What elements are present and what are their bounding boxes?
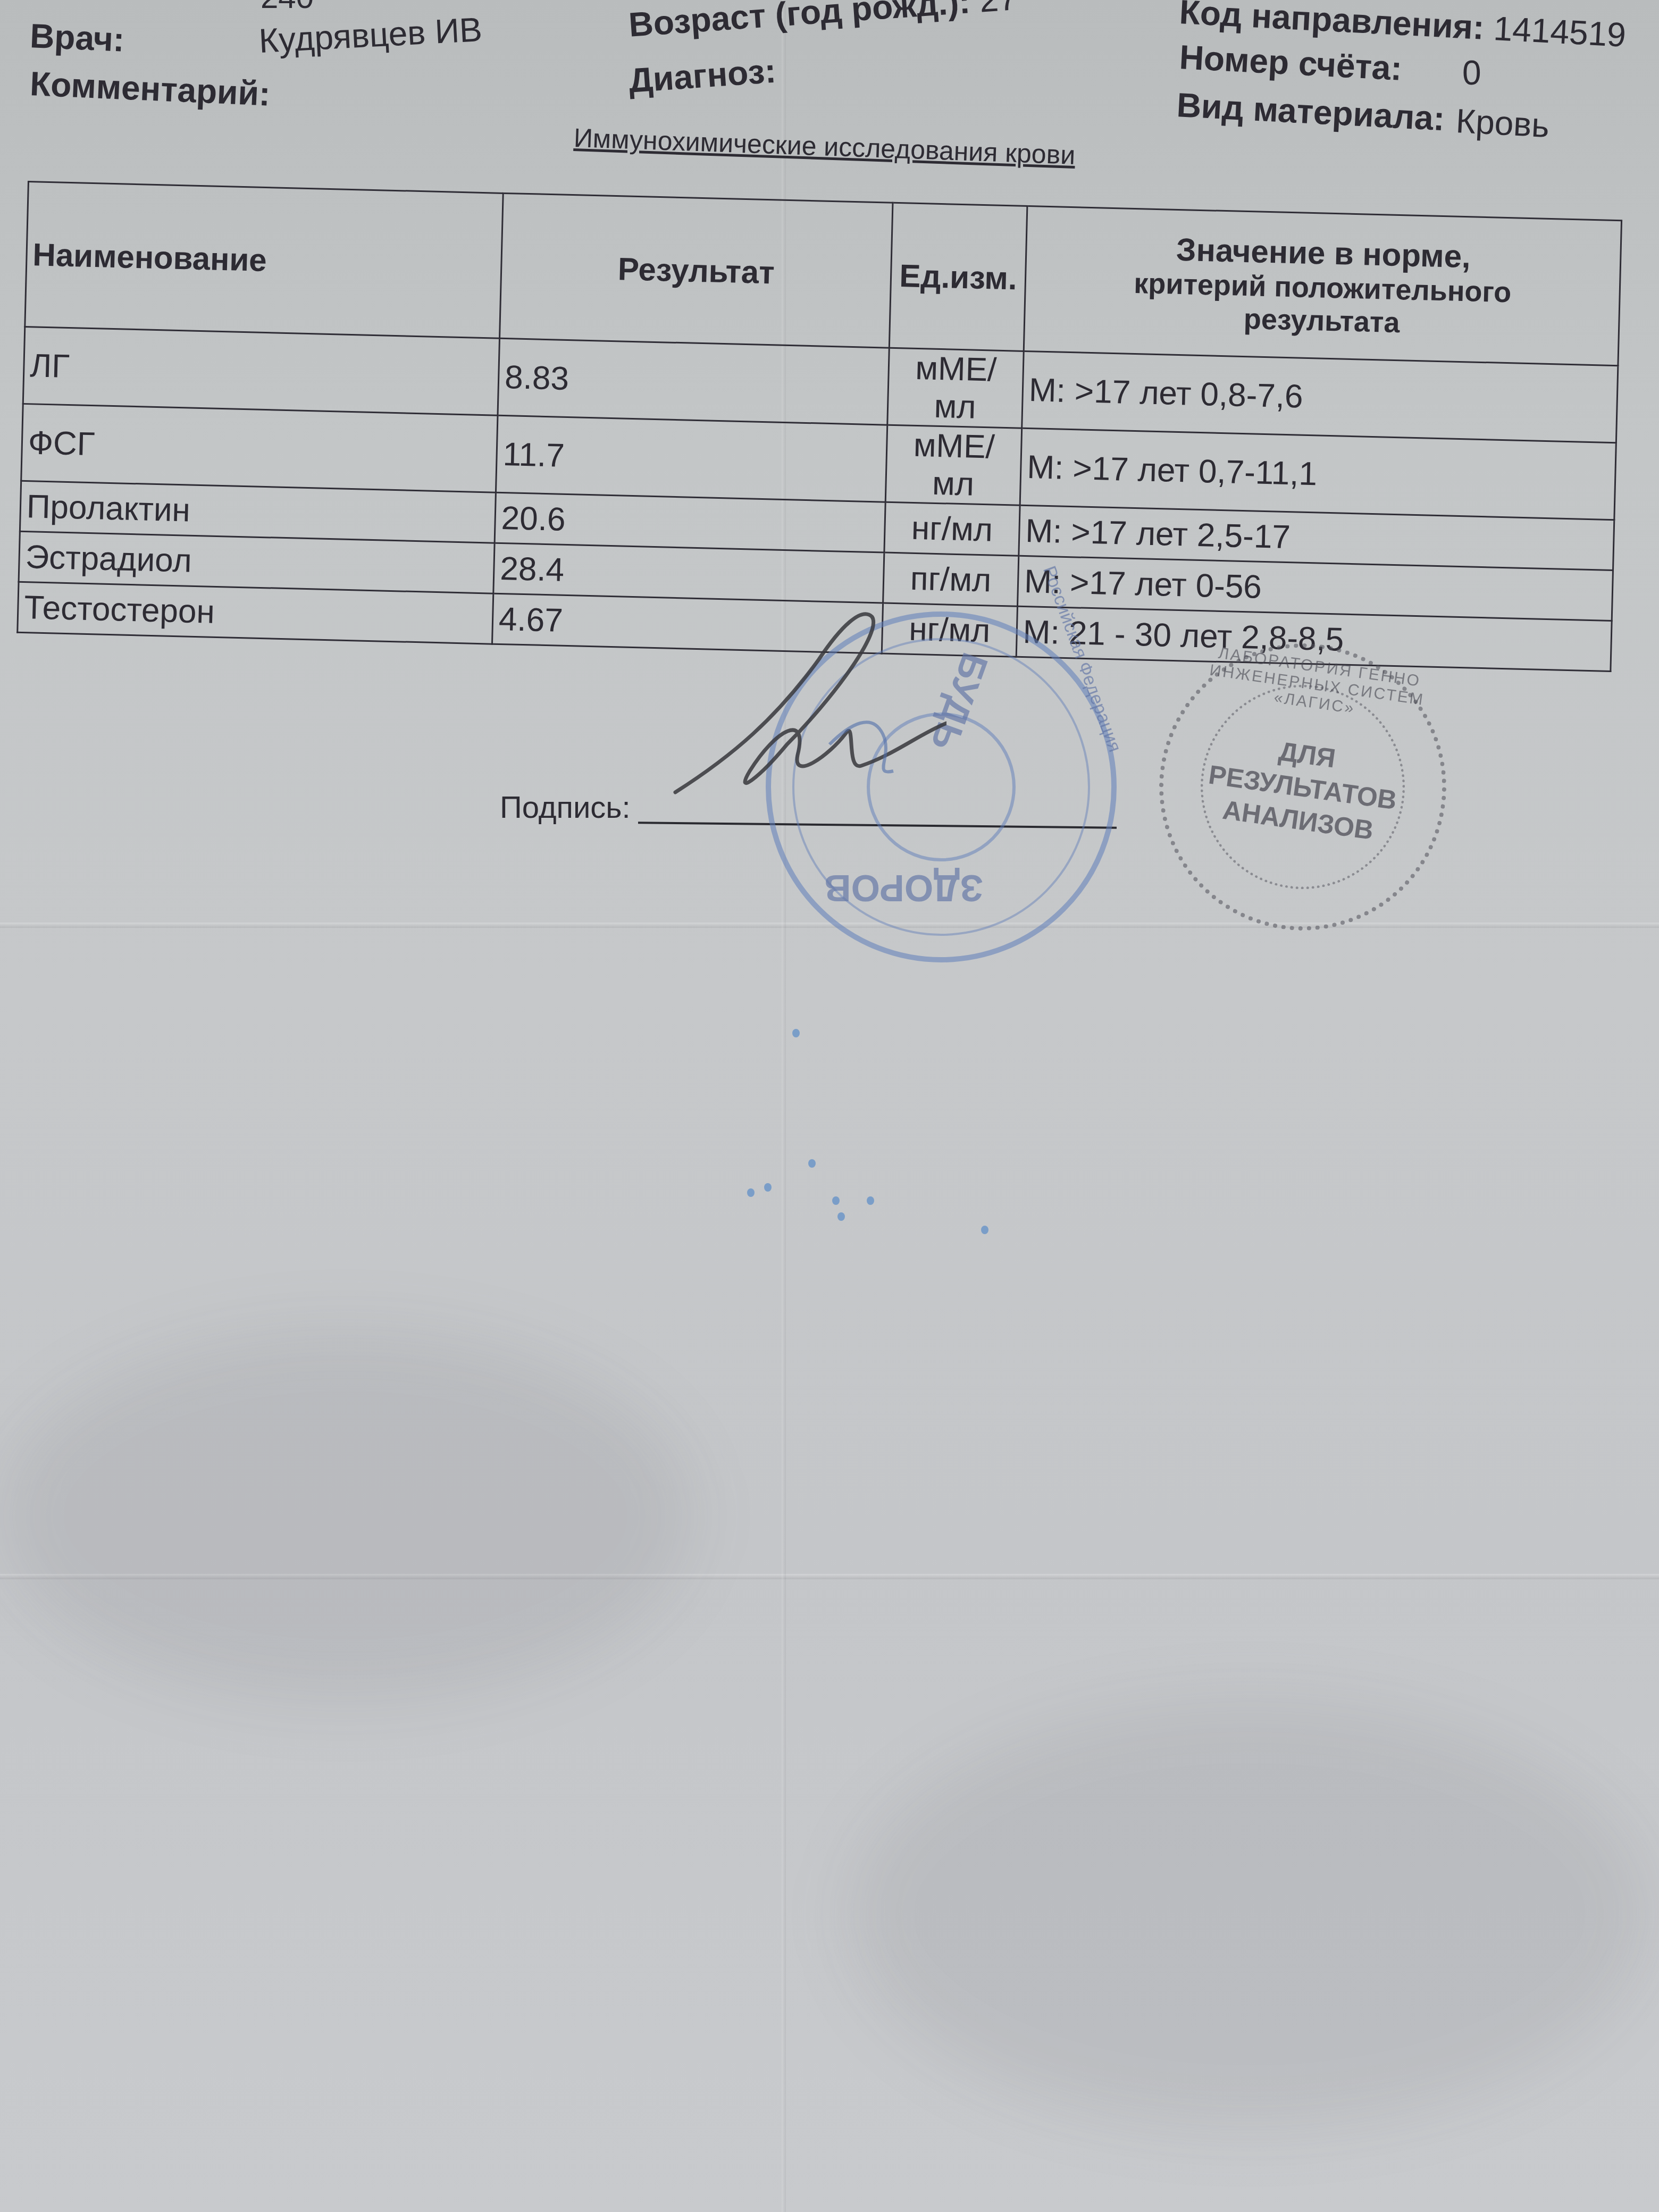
stamp-center-line: ЗДОРОВ xyxy=(824,867,983,909)
gray-stamp: ЛАБОРАТОРИЯ ГЕННО ИНЖЕНЕРНЫХ СИСТЕМ «ЛАГ… xyxy=(1141,625,1465,949)
referral-code-value: 1414519 xyxy=(1493,9,1627,54)
analyte-result: 20.6 xyxy=(495,492,885,552)
account-number-label: Номер счёта: xyxy=(1178,37,1403,88)
ink-speck xyxy=(808,1159,816,1168)
material-label: Вид материала: xyxy=(1176,85,1446,138)
analyte-name: ФСГ xyxy=(21,404,498,492)
analyte-unit: нг/мл xyxy=(884,502,1020,556)
diagnosis-label: Диагноз: xyxy=(627,51,777,100)
age-label: Возраст (год рожд.): xyxy=(627,0,971,44)
ink-speck xyxy=(764,1183,772,1192)
header-partial-text: 240 xyxy=(261,0,314,15)
paper-shadow xyxy=(0,1329,691,1702)
column-header-reference: Значение в норме, критерий положительног… xyxy=(1024,206,1621,365)
doctor-label: Врач: xyxy=(29,16,125,60)
ink-speck xyxy=(832,1196,840,1205)
column-header-name: Наименование xyxy=(25,182,503,339)
analyte-result: 11.7 xyxy=(496,415,887,502)
doctor-value: Кудрявцев ИВ xyxy=(258,10,483,61)
analyte-name: ЛГ xyxy=(23,326,499,415)
material-value: Кровь xyxy=(1455,101,1550,145)
analyte-unit: мМЕ/мл xyxy=(885,425,1021,505)
comment-label: Комментарий: xyxy=(29,64,271,114)
analyte-result: 28.4 xyxy=(493,543,884,603)
paper-shadow xyxy=(851,1702,1648,2127)
analyte-result: 8.83 xyxy=(498,338,889,425)
column-header-result: Результат xyxy=(500,193,893,348)
ink-speck xyxy=(747,1188,755,1197)
ink-speck xyxy=(981,1226,988,1234)
paper-fold xyxy=(0,923,1659,928)
column-header-unit: Ед.изм. xyxy=(889,203,1027,351)
section-title: Иммунохимические исследования крови xyxy=(573,122,1076,171)
stamp-center-text: ДЛЯ РЕЗУЛЬТАТОВ АНАЛИЗОВ xyxy=(1158,719,1447,856)
handwritten-signature xyxy=(670,596,946,829)
analyte-reference: М: >17 лет 0,7-11,1 xyxy=(1020,428,1616,520)
analyte-unit: мМЕ/мл xyxy=(887,348,1024,428)
age-field: Возраст (год рожд.): 27 xyxy=(627,0,1019,45)
age-value: 27 xyxy=(978,0,1018,20)
analyte-reference: М: >17 лет 0,8-7,6 xyxy=(1022,351,1618,442)
ink-speck xyxy=(837,1212,845,1221)
signature-label: Подпись: xyxy=(500,790,631,825)
ink-speck xyxy=(792,1029,800,1037)
ink-speck xyxy=(867,1196,874,1205)
account-number-value: 0 xyxy=(1462,53,1481,93)
